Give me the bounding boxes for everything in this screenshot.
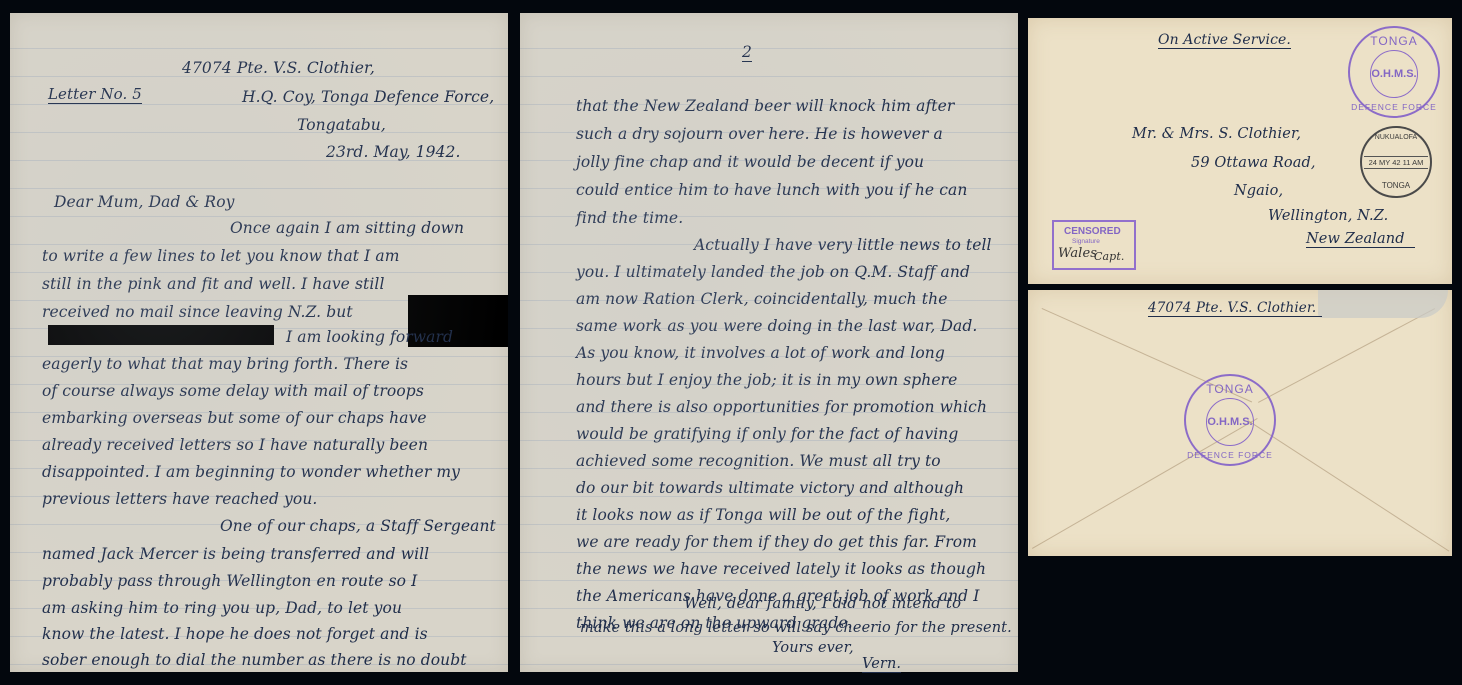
envelope-back: 47074 Pte. V.S. Clothier. TONGA O.H.M.S.…	[1028, 290, 1452, 556]
address-line: Ngaio,	[1234, 183, 1283, 199]
letter-line: find the time.	[576, 209, 683, 227]
postmark-bottom: TONGA	[1362, 181, 1430, 190]
letter-number: Letter No. 5	[48, 85, 142, 104]
address-line: New Zealand	[1306, 231, 1415, 248]
postmark-top: NUKUALOFA	[1362, 134, 1430, 141]
address-line: Mr. & Mrs. S. Clothier,	[1132, 126, 1301, 142]
page-number: 2	[742, 43, 752, 62]
stamp-top-text: TONGA	[1186, 382, 1274, 396]
letter-line: As you know, it involves a lot of work a…	[576, 344, 945, 362]
letter-line: probably pass through Wellington en rout…	[42, 572, 417, 590]
envelope-front: On Active Service. TONGA O.H.M.S. DEFENC…	[1028, 18, 1452, 284]
letter-line: of course always some delay with mail of…	[42, 382, 424, 400]
letter-line: hours but I enjoy the job; it is in my o…	[576, 371, 957, 389]
letter-line: you. I ultimately landed the job on Q.M.…	[576, 263, 970, 281]
postmark-date: 24 MY 42 11 AM	[1364, 156, 1428, 169]
letter-line: could entice him to have lunch with you …	[576, 181, 967, 199]
salutation: Dear Mum, Dad & Roy	[54, 193, 234, 211]
letter-line: such a dry sojourn over here. He is howe…	[576, 125, 943, 143]
letter-line: jolly fine chap and it would be decent i…	[576, 153, 924, 171]
location-line: Tongatabu,	[297, 116, 386, 134]
stamp-bottom-text: DEFENCE FORCE	[1186, 450, 1274, 460]
letter-line: do our bit towards ultimate victory and …	[576, 479, 964, 497]
stamp-center: O.H.M.S.	[1370, 50, 1418, 98]
letter-line: would be gratifying if only for the fact…	[576, 425, 958, 443]
letter-line: that the New Zealand beer will knock him…	[576, 97, 954, 115]
letter-line: previous letters have reached you.	[42, 490, 317, 508]
letter-line: am now Ration Clerk, coincidentally, muc…	[576, 290, 947, 308]
letter-line: to write a few lines to let you know tha…	[42, 247, 400, 265]
letter-page-2: 2 that the New Zealand beer will knock h…	[520, 13, 1018, 672]
signature: Vern.	[862, 656, 901, 673]
letter-line: it looks now as if Tonga will be out of …	[576, 506, 950, 524]
torn-flap	[1318, 290, 1448, 318]
stamp-center: O.H.M.S.	[1206, 398, 1254, 446]
letter-line: eagerly to what that may bring forth. Th…	[42, 355, 408, 373]
letter-line: named Jack Mercer is being transferred a…	[42, 545, 429, 563]
stamp-center-text: O.H.M.S.	[1371, 68, 1416, 80]
address-line: 59 Ottawa Road,	[1191, 155, 1316, 171]
envelope-flap-fold	[1258, 308, 1435, 403]
letter-line: the news we have received lately it look…	[576, 560, 986, 578]
letter-line: received no mail since leaving N.Z. but	[42, 303, 353, 321]
postmark: NUKUALOFA 24 MY 42 11 AM TONGA	[1360, 126, 1432, 198]
censor-rank: Capt.	[1094, 250, 1124, 263]
letter-line: sober enough to dial the number as there…	[42, 651, 467, 669]
letter-page-1: Letter No. 5 47074 Pte. V.S. Clothier, H…	[10, 13, 508, 672]
stamp-center-text: O.H.M.S.	[1207, 416, 1252, 428]
ohms-stamp: TONGA O.H.M.S. DEFENCE FORCE	[1184, 374, 1276, 466]
letter-line: still in the pink and fit and well. I ha…	[42, 275, 385, 293]
censor-signature: Wales	[1058, 246, 1097, 261]
letter-line: Actually I have very little news to tell	[694, 236, 992, 254]
letter-line: same work as you were doing in the last …	[576, 317, 977, 335]
letter-closing-line: Well, dear family, I did not intend to	[684, 594, 961, 612]
letter-line: already received letters so I have natur…	[42, 436, 428, 454]
censor-redaction	[48, 325, 274, 345]
address-line: Wellington, N.Z.	[1268, 208, 1388, 224]
ohms-stamp: TONGA O.H.M.S. DEFENCE FORCE	[1348, 26, 1440, 118]
date-line: 23rd. May, 1942.	[326, 143, 461, 161]
letter-line: achieved some recognition. We must all t…	[576, 452, 941, 470]
censor-label: Signature	[1072, 238, 1134, 245]
letter-line: know the latest. I hope he does not forg…	[42, 625, 428, 643]
letter-line: Once again I am sitting down	[230, 219, 464, 237]
letter-closing-line: make this a long letter so will say chee…	[580, 620, 1012, 636]
letter-line: embarking overseas but some of our chaps…	[42, 409, 427, 427]
envelope-header: On Active Service.	[1158, 32, 1291, 49]
envelope-fold	[1247, 420, 1449, 552]
letter-line: I am looking forward	[286, 328, 453, 346]
letter-line: disappointed. I am beginning to wonder w…	[42, 463, 460, 481]
letter-line: One of our chaps, a Staff Sergeant	[220, 517, 496, 535]
letter-line: we are ready for them if they do get thi…	[576, 533, 977, 551]
censor-title: CENSORED	[1064, 226, 1134, 237]
stamp-bottom-text: DEFENCE FORCE	[1350, 102, 1438, 112]
letter-line: am asking him to ring you up, Dad, to le…	[42, 599, 402, 617]
unit-line: H.Q. Coy, Tonga Defence Force,	[242, 88, 494, 106]
valediction: Yours ever,	[772, 640, 854, 656]
sender-address: 47074 Pte. V.S. Clothier.	[1148, 300, 1322, 317]
sender-line: 47074 Pte. V.S. Clothier,	[182, 59, 375, 77]
stamp-top-text: TONGA	[1350, 34, 1438, 48]
letter-line: and there is also opportunities for prom…	[576, 398, 987, 416]
